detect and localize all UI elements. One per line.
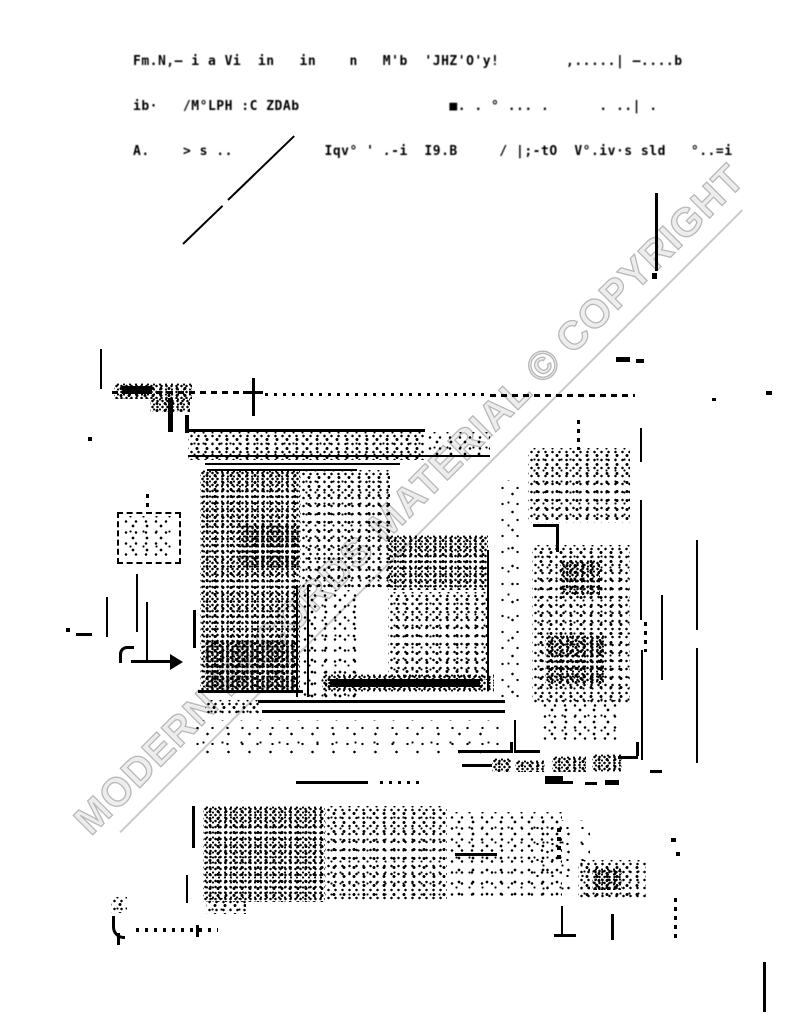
scan-mark bbox=[487, 550, 489, 690]
scan-mark bbox=[262, 710, 505, 713]
scan-mark bbox=[514, 720, 516, 750]
noise-region bbox=[203, 806, 325, 902]
scan-mark bbox=[611, 914, 614, 940]
scan-mark bbox=[146, 494, 149, 512]
scan-mark bbox=[462, 764, 492, 767]
arrow-head bbox=[170, 654, 183, 670]
scan-mark bbox=[296, 585, 298, 697]
scan-mark bbox=[766, 391, 772, 395]
dashed-line bbox=[490, 394, 635, 397]
scan-mark bbox=[514, 750, 540, 753]
scan-mark bbox=[136, 574, 138, 632]
scan-mark bbox=[243, 391, 263, 394]
fax-header-line3: A. > s .. Iqv° ' .-i I9.B / |;-tO V°.iv·… bbox=[133, 144, 733, 159]
scan-mark bbox=[636, 359, 644, 363]
noise-region bbox=[206, 898, 246, 914]
scan-mark bbox=[712, 398, 716, 401]
noise-region bbox=[388, 535, 488, 590]
scan-mark bbox=[763, 962, 766, 1012]
scan-mark bbox=[676, 852, 680, 856]
scan-mark bbox=[671, 838, 676, 842]
noise-region bbox=[560, 560, 600, 595]
scan-mark bbox=[636, 742, 639, 756]
scan-mark bbox=[106, 597, 108, 637]
scan-mark bbox=[510, 742, 513, 752]
scan-mark bbox=[605, 780, 619, 785]
scan-mark bbox=[652, 273, 657, 279]
noise-region bbox=[205, 640, 295, 690]
scan-mark bbox=[458, 750, 513, 753]
noise-region bbox=[495, 480, 525, 700]
scan-mark bbox=[644, 622, 647, 652]
noise-region bbox=[300, 470, 390, 590]
dotted-line bbox=[380, 781, 420, 784]
noise-region bbox=[528, 448, 630, 523]
fax-header-line1: Fm.N,— i a Vi in in n M'b 'JHZ'O'y! ,...… bbox=[133, 54, 733, 69]
scan-mark bbox=[585, 782, 597, 785]
scan-mark bbox=[168, 398, 173, 432]
scan-mark bbox=[205, 463, 400, 465]
scan-mark bbox=[640, 500, 642, 620]
scan-mark bbox=[616, 357, 630, 362]
caption-blob bbox=[552, 756, 586, 772]
scan-mark bbox=[117, 933, 120, 945]
scan-mark bbox=[198, 690, 303, 693]
noise-region bbox=[592, 868, 622, 890]
scan-mark bbox=[100, 349, 102, 389]
scan-mark bbox=[655, 193, 658, 271]
noise-region bbox=[121, 516, 173, 556]
noise-region bbox=[540, 700, 620, 740]
scan-mark bbox=[561, 906, 563, 936]
caption-blob bbox=[515, 760, 545, 772]
dotted-line bbox=[136, 928, 218, 932]
scan-mark bbox=[76, 633, 92, 636]
scan-mark bbox=[557, 828, 561, 864]
scan-mark bbox=[640, 428, 642, 462]
scan-mark bbox=[188, 455, 490, 457]
dotted-line bbox=[265, 393, 490, 396]
noise-region bbox=[425, 432, 490, 456]
scan-mark bbox=[258, 700, 505, 703]
scan-mark bbox=[554, 934, 576, 937]
scan-mark bbox=[330, 679, 480, 687]
scan-mark bbox=[296, 781, 368, 784]
scan-mark bbox=[88, 437, 92, 441]
scan-mark bbox=[696, 648, 698, 763]
scan-mark bbox=[252, 378, 255, 416]
scan-mark bbox=[146, 602, 148, 662]
scan-mark bbox=[577, 420, 580, 450]
scan-mark bbox=[182, 205, 223, 245]
scan-mark bbox=[186, 875, 188, 903]
scan-mark bbox=[307, 585, 309, 697]
noise-region bbox=[111, 897, 127, 913]
scan-mark bbox=[618, 756, 638, 759]
scan-mark bbox=[193, 610, 196, 648]
noise-region bbox=[545, 635, 605, 685]
fax-header-line2: ib· /M°LPH :C ZDAb ■. . ° ... . . ..| . bbox=[133, 99, 733, 114]
scan-mark bbox=[650, 770, 662, 773]
dashed-line bbox=[112, 391, 260, 394]
noise-region bbox=[190, 720, 500, 758]
scan-mark bbox=[192, 806, 195, 848]
noise-region bbox=[388, 592, 488, 680]
scan-mark bbox=[696, 540, 698, 630]
noise-region bbox=[325, 806, 447, 902]
scan-mark bbox=[641, 650, 643, 760]
scan-mark bbox=[545, 781, 573, 784]
fax-header: Fm.N,— i a Vi in in n M'b 'JHZ'O'y! ,...… bbox=[133, 24, 733, 174]
scan-mark bbox=[661, 595, 663, 680]
scan-mark bbox=[674, 898, 677, 942]
scan-mark bbox=[455, 853, 497, 856]
noise-region bbox=[240, 525, 300, 570]
arrow-shaft bbox=[131, 660, 173, 663]
caption-blob bbox=[492, 758, 512, 772]
scan-mark bbox=[66, 628, 70, 632]
noise-region bbox=[205, 700, 260, 714]
